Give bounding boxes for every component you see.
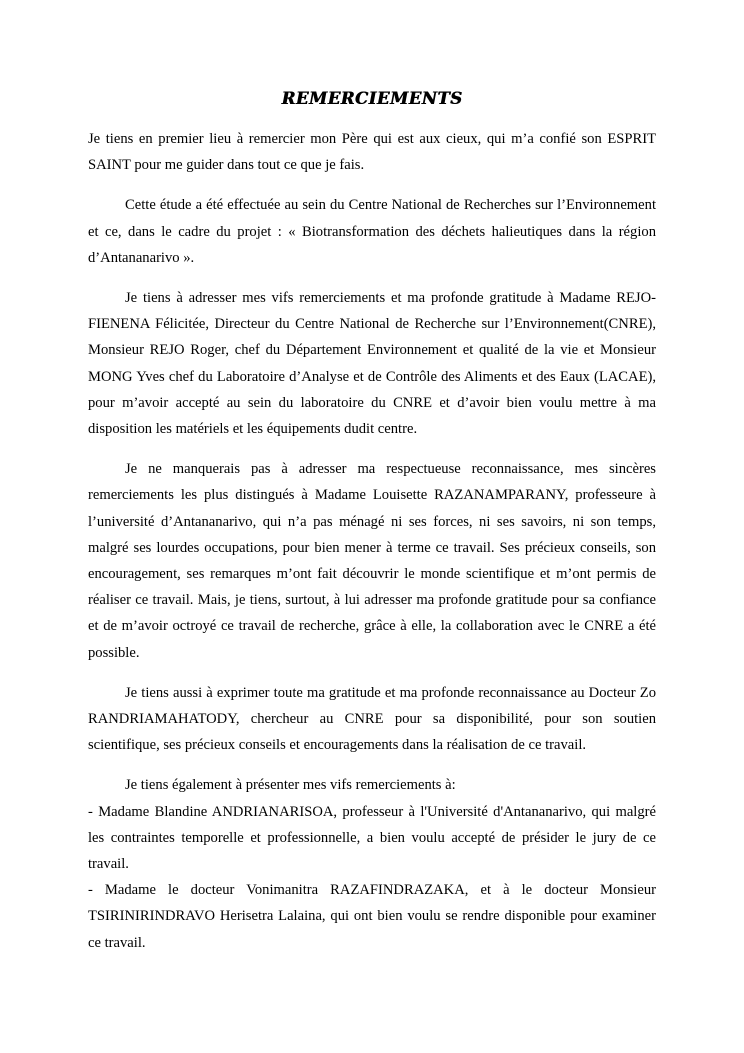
- paragraph-cnre-thanks: Je tiens à adresser mes vifs remerciemen…: [88, 285, 656, 442]
- paragraph-intro: Je tiens en premier lieu à remercier mon…: [88, 126, 656, 178]
- page-title: REMERCIEMENTS: [88, 88, 656, 109]
- paragraph-razanamparany-thanks: Je ne manquerais pas à adresser ma respe…: [88, 456, 656, 666]
- paragraph-randriamahatody-thanks: Je tiens aussi à exprimer toute ma grati…: [88, 680, 656, 759]
- paragraph-study-context: Cette étude a été effectuée au sein du C…: [88, 192, 656, 271]
- paragraph-jury-examiners: - Madame le docteur Vonimanitra RAZAFIND…: [88, 877, 656, 956]
- paragraph-jury-thanks-intro: Je tiens également à présenter mes vifs …: [88, 772, 656, 798]
- document-page: REMERCIEMENTS Je tiens en premier lieu à…: [0, 0, 744, 1053]
- paragraph-jury-president: - Madame Blandine ANDRIANARISOA, profess…: [88, 799, 656, 878]
